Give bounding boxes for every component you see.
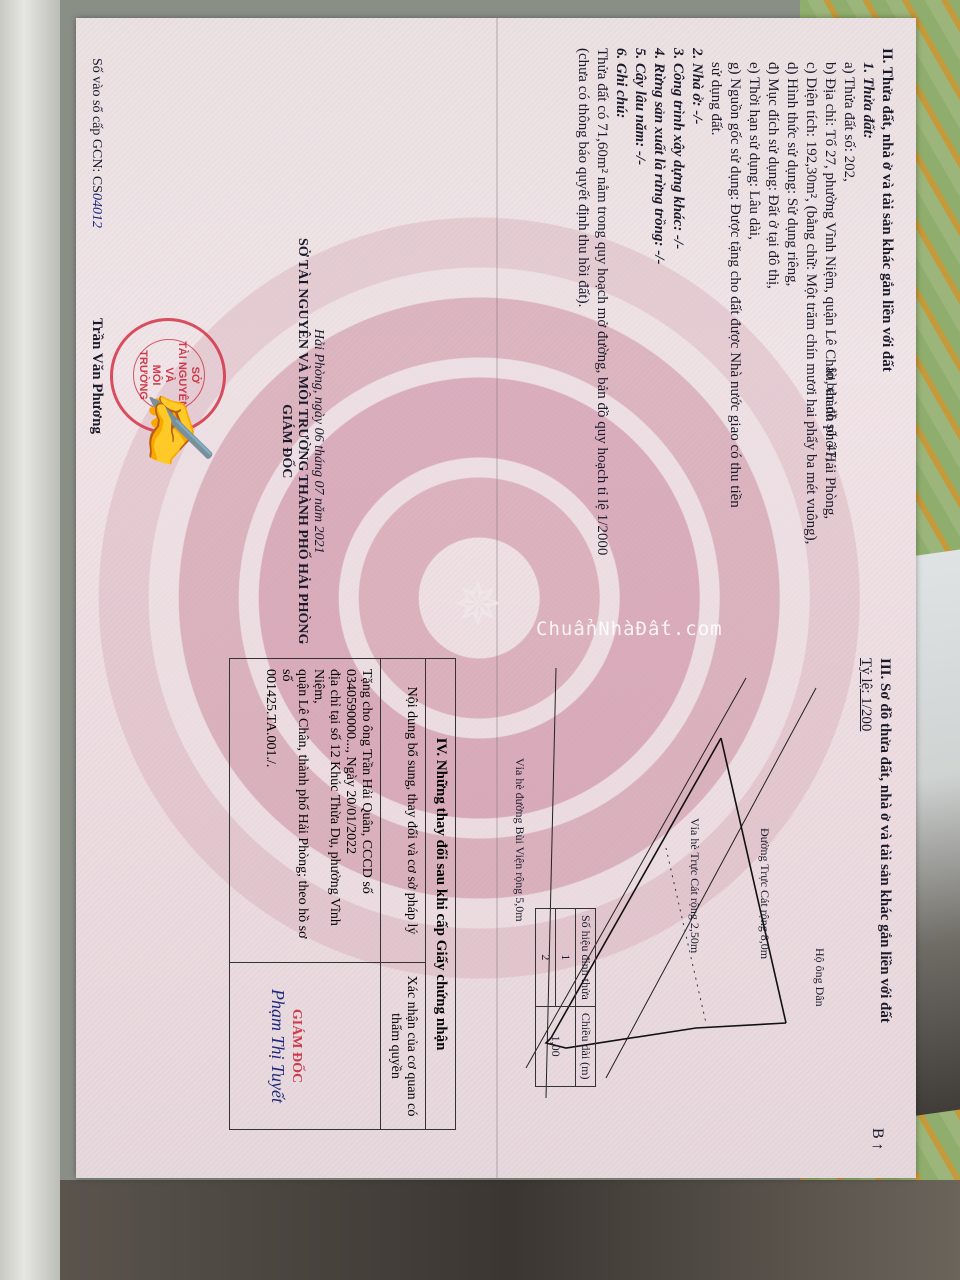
- watermark: ChuẩnNhàĐất.com: [536, 618, 723, 640]
- map-sheet-number: tờ bản đồ số: 47,: [822, 368, 838, 461]
- road-label: Đường Trực Cát rộng 8,0m: [758, 828, 772, 960]
- house-line: 2. Nhà ở: -/-: [687, 48, 706, 555]
- land-item: b) Địa chỉ: Tổ 27, phường Vĩnh Niệm, quậ…: [820, 48, 839, 555]
- confirm-title: GIÁM ĐỐC: [288, 971, 304, 1121]
- notes-heading: 6. Ghi chú:: [611, 48, 630, 555]
- confirm-signer: Phạm Thị Tuyết: [267, 971, 288, 1121]
- land-item: đ) Mục đích sử dụng: Đất ở tại đô thị,: [763, 48, 782, 555]
- director-signature: ✍: [141, 388, 216, 468]
- col-confirm-header: Xác nhận của cơ quan có thẩm quyền: [381, 963, 425, 1129]
- forest-line: 4. Rừng sản xuất là rừng trồng: -/-: [649, 48, 668, 555]
- change-entry: Tặng cho ông Trần Hải Quân, CCCD số 0340…: [230, 659, 380, 963]
- section-4-heading: IV. Những thay đổi sau khi cấp Giấy chứn…: [425, 659, 455, 1129]
- register-number: Số vào sổ cấp GCN: CS04012: [88, 58, 104, 228]
- land-item: a) Thửa đất số: 202,: [839, 48, 858, 555]
- background-cloth: [0, 0, 60, 1280]
- table-header: Chiều dài (m): [576, 1006, 596, 1086]
- register-handwritten: 04012: [89, 193, 104, 228]
- land-item: c) Diện tích: 192,30m², (bằng chữ: Một t…: [801, 48, 820, 555]
- land-item: g) Nguồn gốc sử dụng: Được tặng cho đất …: [725, 48, 744, 555]
- parcel-diagram: Đường Trực Cát rộng 8,0m Vỉa hè Trực Cát…: [476, 648, 856, 1118]
- notes-line: (chưa có thông báo quyết định thu hồi đấ…: [573, 48, 592, 555]
- signer-title: GIÁM ĐỐC: [278, 238, 294, 644]
- land-item: d) Hình thức sử dụng: Sử dụng riêng,: [782, 48, 801, 555]
- issuing-authority: SỞ TÀI NGUYÊN VÀ MÔI TRƯỜNG THÀNH PHỐ HẢ…: [294, 238, 310, 644]
- section-2: II. Thửa đất, nhà ở và tài sản khác gắn …: [573, 48, 896, 555]
- register-label: Số vào sổ cấp GCN: CS: [89, 58, 104, 193]
- scale-label: Tỷ lệ: 1/200: [856, 658, 875, 1023]
- section-3-heading: III. Sơ đồ thửa đất, nhà ở và tài sản kh…: [875, 658, 894, 1023]
- north-label: B: [869, 1128, 886, 1139]
- perennial-line: 5. Cây lâu năm: -/-: [630, 48, 649, 555]
- confirmation-cell: GIÁM ĐỐC Phạm Thị Tuyết: [230, 963, 380, 1129]
- vertex-table: Số hiệu đỉnh thửaChiều dài (m) 11,00 2: [535, 908, 596, 1087]
- land-item: e) Thời hạn sử dụng: Lâu dài,: [744, 48, 763, 555]
- bui-vien-label: Vỉa hè đường Bùi Viện rộng 5,0m: [513, 758, 527, 922]
- background-floor: [60, 1180, 960, 1280]
- drum-star-emblem: ✵: [446, 573, 506, 633]
- signer-name: Trần Văn Phương: [87, 318, 106, 434]
- certificate-page: ✵ II. Thửa đất, nhà ở và tài sản khác gắ…: [76, 18, 916, 1178]
- sidewalk-label: Vỉa hè Trực Cát rộng 2,50m: [688, 818, 702, 954]
- land-item: sử dụng đất.: [706, 48, 725, 555]
- signature-block: Hải Phòng, ngày 06 tháng 07 năm 2021 SỞ …: [278, 238, 326, 644]
- north-arrow: B ↑: [868, 1128, 886, 1151]
- notes-line: Thửa đất có 71,60m² nằm trong quy hoạch …: [592, 48, 611, 555]
- neighbor-label: Hộ ông Dân: [813, 948, 827, 1007]
- land-heading: 1. Thửa đất:: [858, 48, 877, 555]
- section-3: III. Sơ đồ thửa đất, nhà ở và tài sản kh…: [856, 658, 894, 1023]
- col-content-header: Nội dung bổ sung, thay đổi và cơ sở pháp…: [381, 659, 425, 963]
- section-4: IV. Những thay đổi sau khi cấp Giấy chứn…: [229, 658, 456, 1130]
- other-works-line: 3. Công trình xây dựng khác: -/-: [668, 48, 687, 555]
- table-row: 11,00: [556, 909, 576, 1087]
- place-date: Hải Phòng, ngày 06 tháng 07 năm 2021: [310, 238, 326, 644]
- section-2-heading: II. Thửa đất, nhà ở và tài sản khác gắn …: [877, 48, 896, 555]
- table-header: Số hiệu đỉnh thửa: [576, 909, 596, 1007]
